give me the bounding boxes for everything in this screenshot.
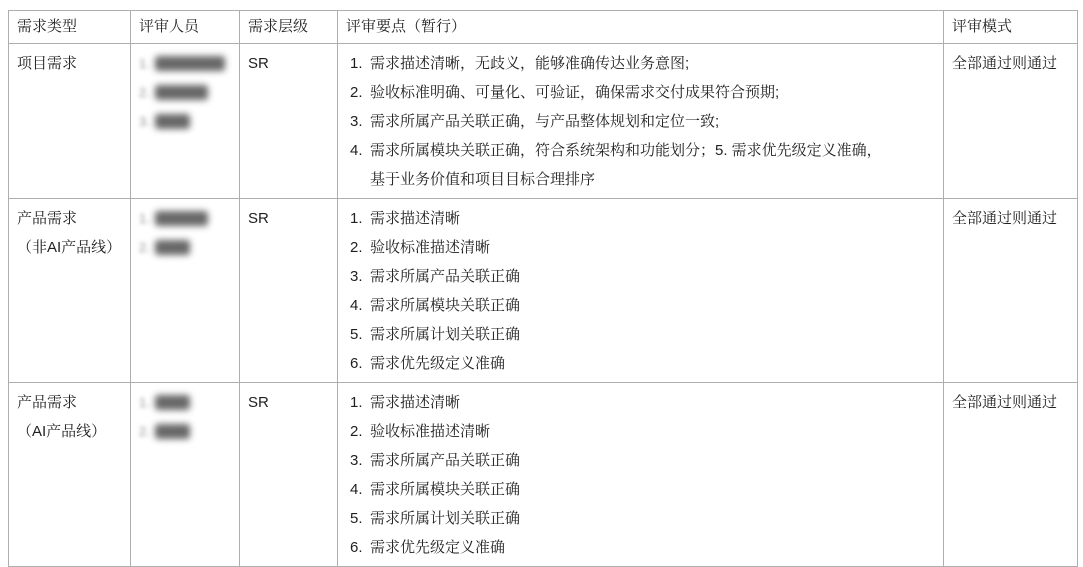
review-point-item: 2.验收标准明确、可量化、可验证，确保需求交付成果符合预期; <box>350 78 933 107</box>
requirement-type-text: 项目需求 <box>17 55 77 72</box>
review-point-item: 3.需求所属产品关联正确 <box>350 446 933 475</box>
review-point-number: 3. <box>350 262 370 291</box>
review-point-text: 需求优先级定义准确 <box>370 533 933 560</box>
review-point-item: 4.需求所属模块关联正确 <box>350 475 933 504</box>
review-point-text: 验收标准描述清晰 <box>370 233 933 262</box>
reviewer-number: 2. <box>139 417 155 446</box>
review-mode-cell[interactable]: 全部通过则通过 <box>944 199 1078 383</box>
requirement-type-text: 产品需求 （AI产品线） <box>17 394 106 440</box>
review-point-text: 验收标准明确、可量化、可验证，确保需求交付成果符合预期; <box>370 78 933 107</box>
reviewer-list-item: 2. <box>139 233 231 262</box>
requirement-level-text: SR <box>248 394 269 411</box>
table-body: 项目需求1.2.3.SR1.需求描述清晰，无歧义，能够准确传达业务意图;2.验收… <box>9 44 1078 561</box>
review-point-number: 5. <box>350 320 370 349</box>
reviewer-number: 3. <box>139 107 155 136</box>
reviewer-number: 1. <box>139 49 155 78</box>
review-point-item: 4.需求所属模块关联正确，符合系统架构和功能划分；5. 需求优先级定义准确， 基… <box>350 136 933 194</box>
requirement-review-table: 需求类型 评审人员 需求层级 评审要点（暂行） 评审模式 项目需求1.2.3.S… <box>8 10 1078 560</box>
reviewer-list-item: 2. <box>139 417 231 446</box>
reviewer-list-item: 1. <box>139 388 231 417</box>
review-point-number: 4. <box>350 475 370 504</box>
requirement-type-cell[interactable]: 产品需求 （非AI产品线） <box>9 199 131 383</box>
column-header-review-points[interactable]: 评审要点（暂行） <box>338 11 944 44</box>
reviewer-list-item: 3. <box>139 107 231 136</box>
review-mode-text: 全部通过则通过 <box>952 394 1057 411</box>
review-points-cell[interactable]: 1.需求描述清晰2.验收标准描述清晰3.需求所属产品关联正确4.需求所属模块关联… <box>338 199 944 383</box>
review-mode-cell[interactable]: 全部通过则通过 <box>944 383 1078 561</box>
review-point-text: 需求所属计划关联正确 <box>370 320 933 349</box>
review-point-text: 需求描述清晰 <box>370 204 933 233</box>
review-point-text: 需求优先级定义准确 <box>370 349 933 378</box>
review-point-item: 1.需求描述清晰 <box>350 388 933 417</box>
review-point-number: 1. <box>350 204 370 233</box>
requirement-level-cell[interactable]: SR <box>240 199 338 383</box>
review-point-number: 1. <box>350 388 370 417</box>
reviewer-list-item: 2. <box>139 78 231 107</box>
review-mode-cell[interactable]: 全部通过则通过 <box>944 44 1078 199</box>
review-point-item: 1.需求描述清晰，无歧义，能够准确传达业务意图; <box>350 49 933 78</box>
reviewers-cell[interactable]: 1.2. <box>131 383 240 561</box>
review-mode-text: 全部通过则通过 <box>952 55 1057 72</box>
review-point-item: 2.验收标准描述清晰 <box>350 233 933 262</box>
review-point-text: 需求所属模块关联正确，符合系统架构和功能划分；5. 需求优先级定义准确， 基于业… <box>370 136 933 194</box>
requirement-level-cell[interactable]: SR <box>240 383 338 561</box>
review-point-item: 5.需求所属计划关联正确 <box>350 504 933 533</box>
reviewer-number: 2. <box>139 78 155 107</box>
reviewer-redacted-name <box>155 424 190 439</box>
reviewer-redacted-name <box>155 85 208 100</box>
table-row: 产品需求 （非AI产品线）1.2.SR1.需求描述清晰2.验收标准描述清晰3.需… <box>9 199 1078 383</box>
review-point-item: 2.验收标准描述清晰 <box>350 417 933 446</box>
requirement-level-text: SR <box>248 55 269 72</box>
reviewers-cell[interactable]: 1.2.3. <box>131 44 240 199</box>
review-point-number: 5. <box>350 504 370 533</box>
review-point-number: 4. <box>350 291 370 320</box>
reviewers-cell[interactable]: 1.2. <box>131 199 240 383</box>
review-point-number: 6. <box>350 349 370 378</box>
reviewer-redacted-name <box>155 114 190 129</box>
requirement-type-cell[interactable]: 产品需求 （AI产品线） <box>9 383 131 561</box>
review-points-cell[interactable]: 1.需求描述清晰，无歧义，能够准确传达业务意图;2.验收标准明确、可量化、可验证… <box>338 44 944 199</box>
review-point-text: 需求所属产品关联正确，与产品整体规划和定位一致; <box>370 107 933 136</box>
review-point-number: 2. <box>350 233 370 262</box>
review-mode-text: 全部通过则通过 <box>952 210 1057 227</box>
review-point-number: 2. <box>350 78 370 107</box>
reviewer-redacted-name <box>155 56 225 71</box>
column-header-requirement-type[interactable]: 需求类型 <box>9 11 131 44</box>
review-point-item: 3.需求所属产品关联正确 <box>350 262 933 291</box>
review-point-number: 3. <box>350 446 370 475</box>
reviewer-list-item: 1. <box>139 49 231 78</box>
review-point-item: 4.需求所属模块关联正确 <box>350 291 933 320</box>
review-point-text: 需求所属产品关联正确 <box>370 262 933 291</box>
review-point-item: 1.需求描述清晰 <box>350 204 933 233</box>
review-point-number: 4. <box>350 136 370 194</box>
review-point-number: 2. <box>350 417 370 446</box>
review-point-item: 3.需求所属产品关联正确，与产品整体规划和定位一致; <box>350 107 933 136</box>
review-point-text: 需求描述清晰 <box>370 388 933 417</box>
requirement-level-text: SR <box>248 210 269 227</box>
review-point-number: 1. <box>350 49 370 78</box>
review-point-number: 3. <box>350 107 370 136</box>
review-points-cell[interactable]: 1.需求描述清晰2.验收标准描述清晰3.需求所属产品关联正确4.需求所属模块关联… <box>338 383 944 561</box>
reviewer-number: 1. <box>139 204 155 233</box>
requirement-level-cell[interactable]: SR <box>240 44 338 199</box>
column-header-review-mode[interactable]: 评审模式 <box>944 11 1078 44</box>
table-row: 产品需求 （AI产品线）1.2.SR1.需求描述清晰2.验收标准描述清晰3.需求… <box>9 383 1078 561</box>
review-point-text: 需求所属模块关联正确 <box>370 291 933 320</box>
review-point-text: 需求描述清晰，无歧义，能够准确传达业务意图; <box>370 49 933 78</box>
table-row: 项目需求1.2.3.SR1.需求描述清晰，无歧义，能够准确传达业务意图;2.验收… <box>9 44 1078 199</box>
review-point-text: 验收标准描述清晰 <box>370 417 933 446</box>
review-point-item: 6.需求优先级定义准确 <box>350 533 933 560</box>
review-point-item: 5.需求所属计划关联正确 <box>350 320 933 349</box>
review-point-text: 需求所属产品关联正确 <box>370 446 933 475</box>
column-header-reviewers[interactable]: 评审人员 <box>131 11 240 44</box>
reviewer-redacted-name <box>155 240 190 255</box>
review-point-text: 需求所属计划关联正确 <box>370 504 933 533</box>
reviewer-number: 2. <box>139 233 155 262</box>
reviewer-number: 1. <box>139 388 155 417</box>
table-header-row: 需求类型 评审人员 需求层级 评审要点（暂行） 评审模式 <box>9 11 1078 44</box>
reviewer-redacted-name <box>155 211 208 226</box>
requirement-type-cell[interactable]: 项目需求 <box>9 44 131 199</box>
review-point-number: 6. <box>350 533 370 560</box>
review-point-text: 需求所属模块关联正确 <box>370 475 933 504</box>
review-point-item: 6.需求优先级定义准确 <box>350 349 933 378</box>
column-header-requirement-level[interactable]: 需求层级 <box>240 11 338 44</box>
requirement-type-text: 产品需求 （非AI产品线） <box>17 210 121 256</box>
reviewer-list-item: 1. <box>139 204 231 233</box>
reviewer-redacted-name <box>155 395 190 410</box>
